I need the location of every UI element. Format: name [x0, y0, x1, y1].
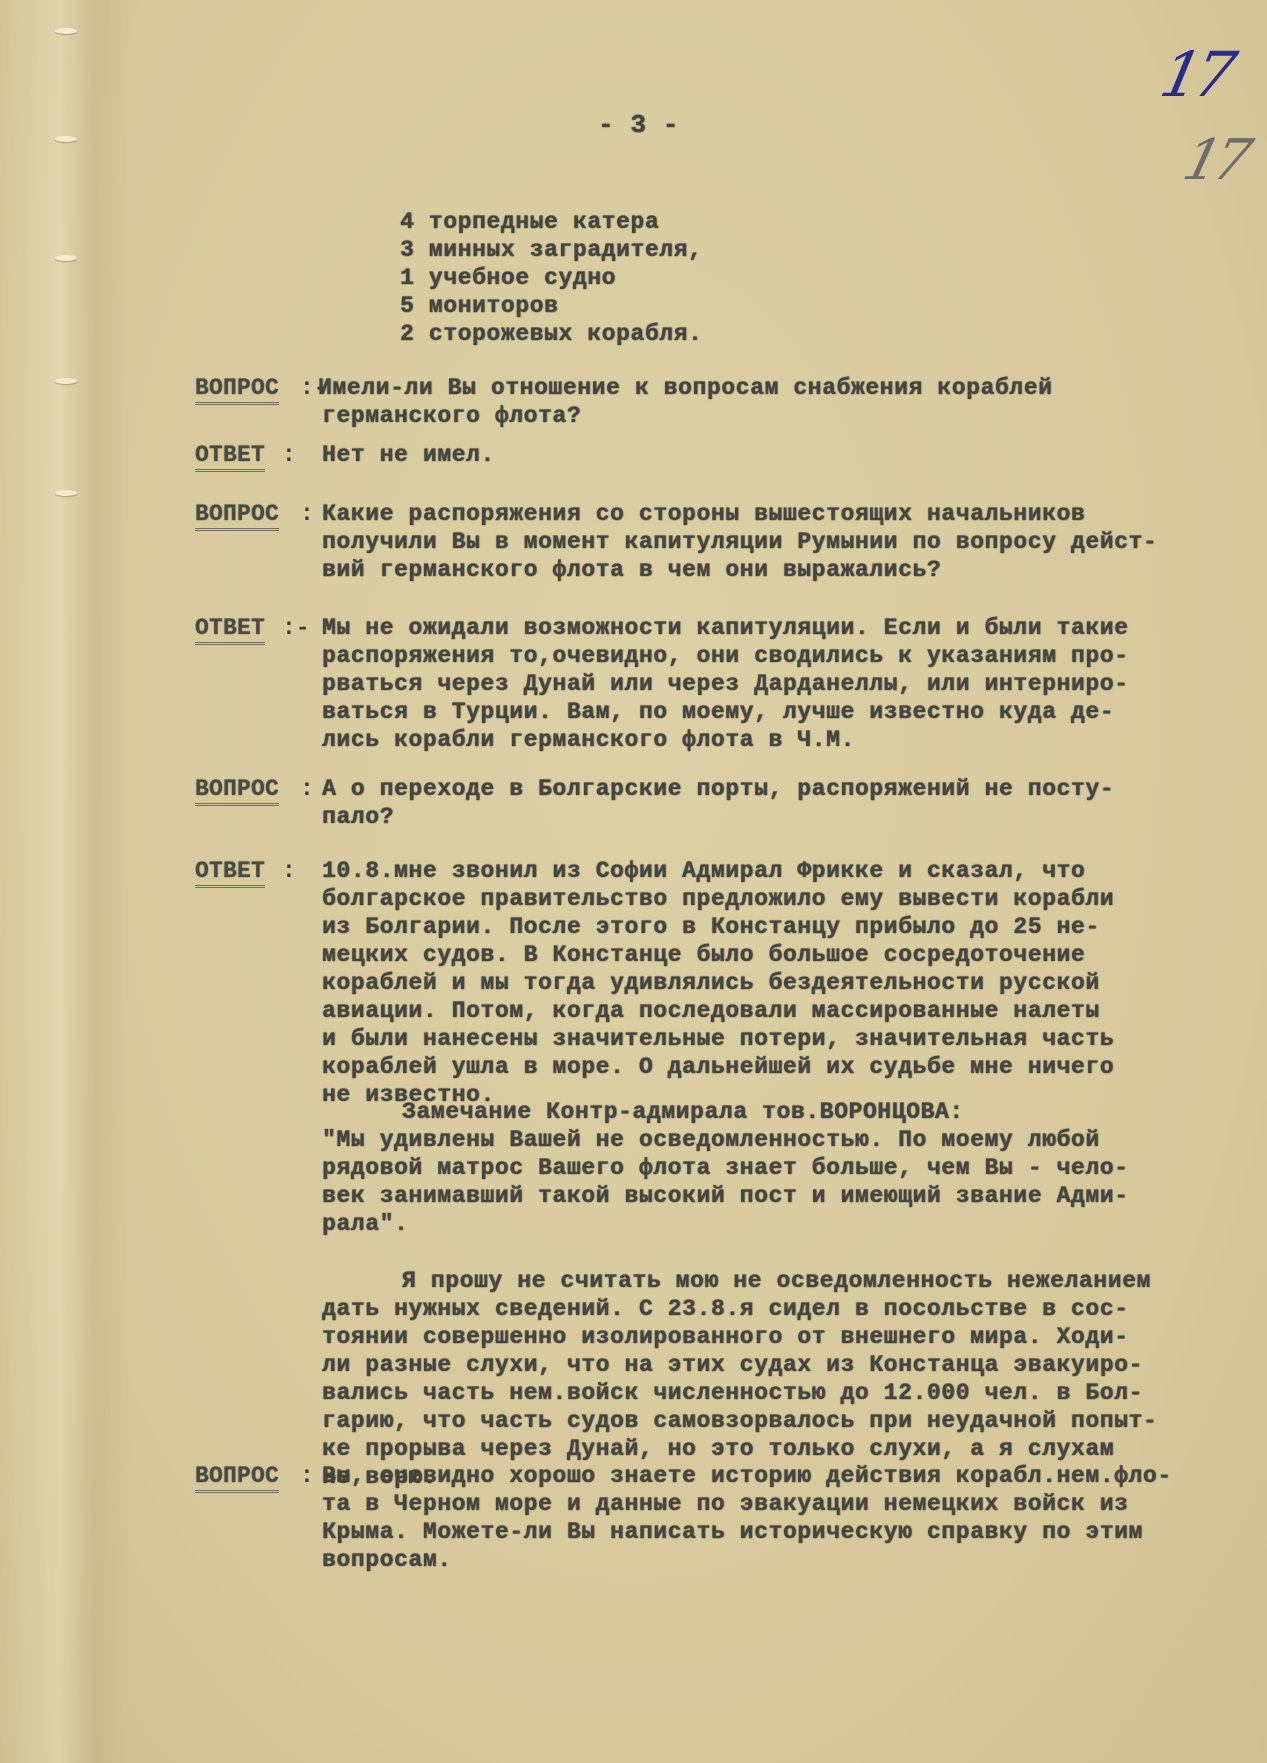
text-line: 10.8.мне звонил из Софии Адмирал Фрикке … — [322, 857, 1114, 885]
text-line: германского флота? — [318, 402, 1053, 430]
text-line: ке прорыва через Дунай, но это только сл… — [322, 1435, 1157, 1463]
text-line: авиации. Потом, когда последовали массир… — [322, 997, 1114, 1025]
archive-sheet-number-ink: 17 — [1154, 38, 1236, 111]
text-line: Мы не ожидали возможности капитуляции. Е… — [322, 614, 1129, 642]
remark-block: Замечание Контр-адмирала тов.ВОРОНЦОВА: … — [322, 1098, 1129, 1238]
text-line: вались часть нем.войск численностью до 1… — [322, 1379, 1157, 1407]
label-separator: : — [300, 500, 314, 528]
binding-hole — [55, 255, 77, 261]
text-line: болгарское правительство предложило ему … — [322, 885, 1114, 913]
text-line: Нет не имел. — [322, 441, 495, 469]
question-text: Вы, очевидно хорошо знаете историю дейст… — [322, 1462, 1172, 1574]
text-line: дать нужных сведений. С 23.8.я сидел в п… — [322, 1295, 1157, 1323]
binding-hole — [55, 490, 77, 496]
question-text: Какие распоряжения со стороны вышестоящи… — [322, 500, 1157, 584]
question-label: ВОПРОС — [195, 500, 279, 531]
binding-hole — [55, 378, 77, 384]
text-line: рядовой матрос Вашего флота знает больше… — [322, 1154, 1129, 1182]
answer-text: 10.8.мне звонил из Софии Адмирал Фрикке … — [322, 857, 1114, 1109]
text-line: тоянии совершенно изолированного от внеш… — [322, 1323, 1157, 1351]
text-line: рваться через Дунай или через Дарданеллы… — [322, 670, 1129, 698]
label-separator: :- — [282, 614, 310, 642]
text-line: лись корабли германского флота в Ч.М. — [322, 726, 1129, 754]
ship-list-item: 5 мониторов — [400, 292, 702, 320]
text-line: кораблей и мы тогда удивлялись бездеятел… — [322, 969, 1114, 997]
question-label: ВОПРОС — [195, 374, 279, 405]
text-line: и были нанесены значительные потери, зна… — [322, 1025, 1114, 1053]
text-line: из Болгарии. После этого в Констанцу при… — [322, 913, 1114, 941]
answer-label: ОТВЕТ — [195, 857, 265, 888]
text-line: А о переходе в Болгарские порты, распоря… — [322, 775, 1114, 803]
ship-list-item: 2 сторожевых корабля. — [400, 320, 702, 348]
text-line: та в Черном море и данные по эвакуации н… — [322, 1490, 1172, 1518]
text-line: Вы, очевидно хорошо знаете историю дейст… — [322, 1462, 1172, 1490]
question-label: ВОПРОС — [195, 775, 279, 806]
answer-label: ОТВЕТ — [195, 441, 265, 472]
text-line: ли разные слухи, что на этих судах из Ко… — [322, 1351, 1157, 1379]
question-label: ВОПРОС — [195, 1462, 279, 1493]
reply-block: Я прошу не считать мою не осведомленност… — [322, 1267, 1157, 1491]
text-line: ваться в Турции. Вам, по моему, лучше из… — [322, 698, 1129, 726]
text-line: рала". — [322, 1210, 1129, 1238]
text-line: получили Вы в момент капитуляции Румынии… — [322, 528, 1157, 556]
text-line: Я прошу не считать мою не осведомленност… — [322, 1267, 1157, 1295]
ship-list-item: 4 торпедные катера — [400, 208, 702, 236]
text-line: распоряжения то,очевидно, они сводились … — [322, 642, 1129, 670]
answer-text: Нет не имел. — [322, 441, 495, 469]
archive-sheet-number-pencil: 17 — [1177, 128, 1252, 193]
ship-list-item: 1 учебное судно — [400, 264, 702, 292]
answer-label: ОТВЕТ — [195, 614, 265, 645]
text-line: век занимавший такой высокий пост и имею… — [322, 1182, 1129, 1210]
question-text: А о переходе в Болгарские порты, распоря… — [322, 775, 1114, 831]
text-line: "Мы удивлены Вашей не осведомленностью. … — [322, 1126, 1129, 1154]
ship-list-item: 3 минных заградителя, — [400, 236, 702, 264]
archival-document-page: 17 17 - 3 - 4 торпедные катера 3 минных … — [0, 0, 1267, 1763]
binding-hole — [55, 136, 77, 142]
text-line: Крыма. Можете-ли Вы написать историческу… — [322, 1518, 1172, 1546]
text-line: Имели-ли Вы отношение к вопросам снабжен… — [318, 374, 1053, 402]
text-line: кораблей ушла в море. О дальнейшей их су… — [322, 1053, 1114, 1081]
ship-list: 4 торпедные катера 3 минных заградителя,… — [400, 208, 702, 348]
text-line: пало? — [322, 803, 1114, 831]
answer-text: Мы не ожидали возможности капитуляции. Е… — [322, 614, 1129, 754]
text-line: Какие распоряжения со стороны вышестоящи… — [322, 500, 1157, 528]
text-line: мецких судов. В Констанце было большое с… — [322, 941, 1114, 969]
page-number: - 3 - — [598, 111, 679, 139]
question-text: Имели-ли Вы отношение к вопросам снабжен… — [318, 374, 1053, 430]
label-separator: : — [282, 857, 296, 885]
label-separator: : — [300, 775, 314, 803]
label-separator: : — [282, 441, 296, 469]
label-separator: : — [300, 1462, 314, 1490]
text-line: вопросам. — [322, 1546, 1172, 1574]
binding-hole — [55, 28, 77, 34]
remark-heading: Замечание Контр-адмирала тов.ВОРОНЦОВА: — [322, 1098, 1129, 1126]
text-line: вий германского флота в чем они выражали… — [322, 556, 1157, 584]
text-line: гарию, что часть судов самовзорвалось пр… — [322, 1407, 1157, 1435]
